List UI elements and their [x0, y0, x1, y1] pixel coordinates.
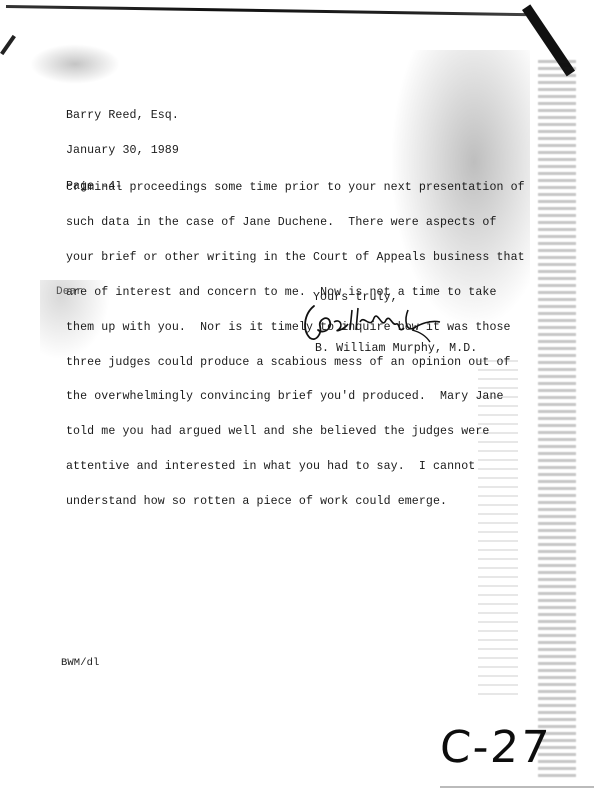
body-line: your brief or other writing in the Court…: [66, 252, 525, 264]
body-line: told me you had argued well and she beli…: [66, 426, 525, 438]
body-line: are of interest and concern to me. Now i…: [66, 287, 525, 299]
body-line: three judges could produce a scabious me…: [66, 357, 525, 369]
body-line: criminal proceedings some time prior to …: [66, 182, 525, 194]
exhibit-label: C-27: [438, 722, 552, 773]
body-line: them up with you. Nor is it timely to in…: [66, 322, 525, 334]
scan-edge-top: [6, 5, 526, 16]
typist-initials: BWM/dl: [61, 658, 99, 670]
scan-noise: [30, 44, 120, 84]
body-line: such data in the case of Jane Duchene. T…: [66, 217, 525, 229]
scanned-document-page: Barry Reed, Esq. January 30, 1989 Page -…: [0, 0, 594, 793]
body-line: the overwhelmingly convincing brief you'…: [66, 391, 525, 403]
show-through-text: Dear: [56, 287, 83, 299]
scan-edge-mark: [0, 35, 16, 55]
body-line: attentive and interested in what you had…: [66, 461, 525, 473]
date-line: January 30, 1989: [66, 145, 179, 157]
recipient-line: Barry Reed, Esq.: [66, 110, 179, 122]
body-line: understand how so rotten a piece of work…: [66, 496, 525, 508]
signature-icon: [300, 300, 450, 345]
scan-noise: [538, 60, 576, 780]
scan-edge-bottom: [440, 786, 594, 788]
signer-name: B. William Murphy, M.D.: [315, 343, 477, 355]
